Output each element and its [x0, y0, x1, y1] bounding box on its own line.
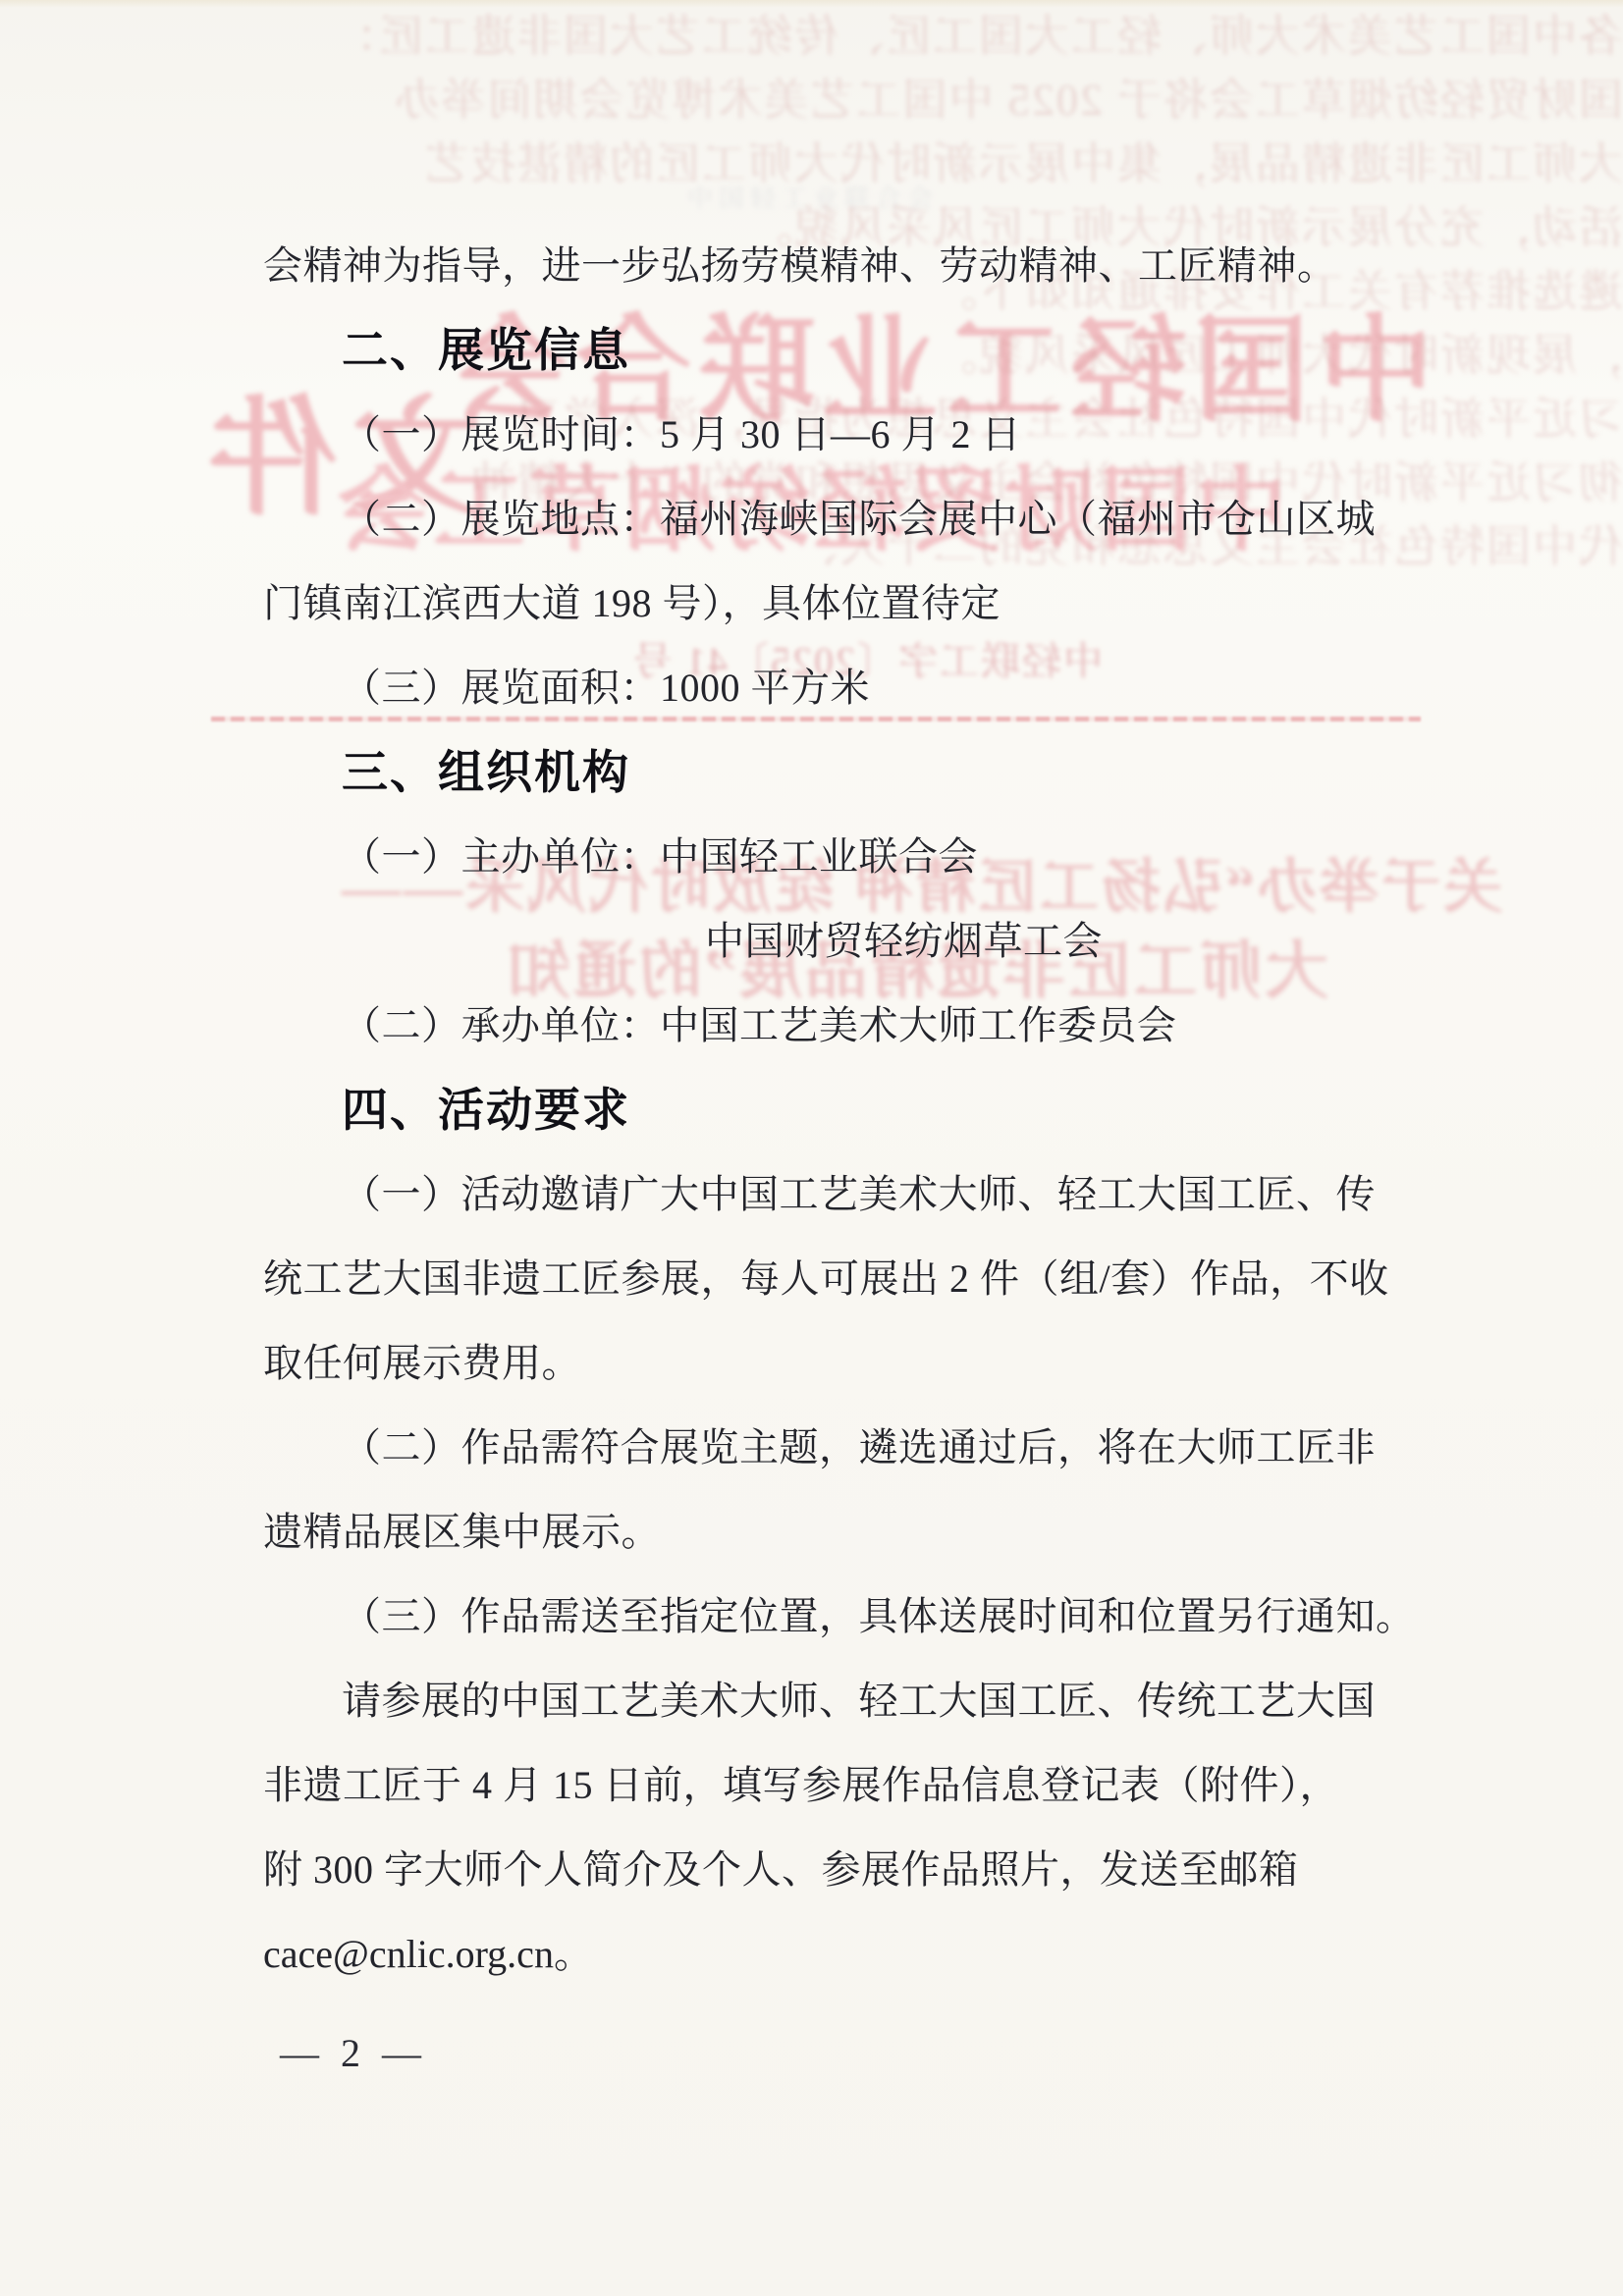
- body-line: 请参展的中国工艺美术大师、轻工大国工匠、传统工艺大国: [263, 1659, 1456, 1743]
- body-line: （三）作品需送至指定位置，具体送展时间和位置另行通知。: [263, 1575, 1456, 1659]
- body-line: 统工艺大国非遗工匠参展，每人可展出 2 件（组/套）作品，不收: [263, 1237, 1456, 1321]
- body-line: cace@cnlic.org.cn。: [263, 1912, 1456, 1997]
- body-line: 会精神为指导，进一步弘扬劳模精神、劳动精神、工匠精神。: [263, 224, 1456, 308]
- body-line: 非遗工匠于 4 月 15 日前，填写参展作品信息登记表（附件），: [263, 1743, 1456, 1828]
- body-line: 中国财贸轻纺烟草工会: [263, 899, 1456, 984]
- bleedthrough-line: 各中国工艺美术大师、轻工大国工匠、传统工艺大国非遗工匠：: [331, 0, 1623, 64]
- body-line: 遗精品展区集中展示。: [263, 1490, 1456, 1575]
- page-number: — 2 —: [280, 2030, 427, 2076]
- body-line: （一）展览时间：5 月 30 日—6 月 2 日: [263, 393, 1456, 477]
- document-page: 中国轻工业联合会 文件 中国财贸轻纺烟草工会 中轻联工字〔2025〕41 号 关…: [0, 0, 1623, 2296]
- document-text-column: 会精神为指导，进一步弘扬劳模精神、劳动精神、工匠精神。二、展览信息（一）展览时间…: [263, 224, 1456, 1997]
- body-line: 取任何展示费用。: [263, 1321, 1456, 1406]
- body-line: （二）作品需符合展览主题，遴选通过后，将在大师工匠非: [263, 1406, 1456, 1490]
- bleedthrough-line: 国财贸轻纺烟草工会将于 2025 中国工艺美术博览会期间举办: [331, 64, 1623, 128]
- section-heading: 四、活动要求: [263, 1068, 1456, 1152]
- section-heading: 三、组织机构: [263, 730, 1456, 815]
- body-line: （二）展览地点：福州海峡国际会展中心（福州市仓山区城: [263, 477, 1456, 561]
- scan-smudge: 中国轻工业联合会: [687, 179, 939, 215]
- body-line: （二）承办单位：中国工艺美术大师工作委员会: [263, 984, 1456, 1068]
- body-line: 门镇南江滨西大道 198 号），具体位置待定: [263, 561, 1456, 646]
- body-line: 附 300 字大师个人简介及个人、参展作品照片，发送至邮箱: [263, 1828, 1456, 1912]
- body-line: （三）展览面积：1000 平方米: [263, 646, 1456, 730]
- body-line: （一）主办单位：中国轻工业联合会: [263, 815, 1456, 899]
- section-heading: 二、展览信息: [263, 308, 1456, 393]
- body-line: （一）活动邀请广大中国工艺美术大师、轻工大国工匠、传: [263, 1152, 1456, 1237]
- bleedthrough-line: 大师工匠非遗精品展，集中展示新时代大师工匠的精湛技艺: [331, 128, 1623, 191]
